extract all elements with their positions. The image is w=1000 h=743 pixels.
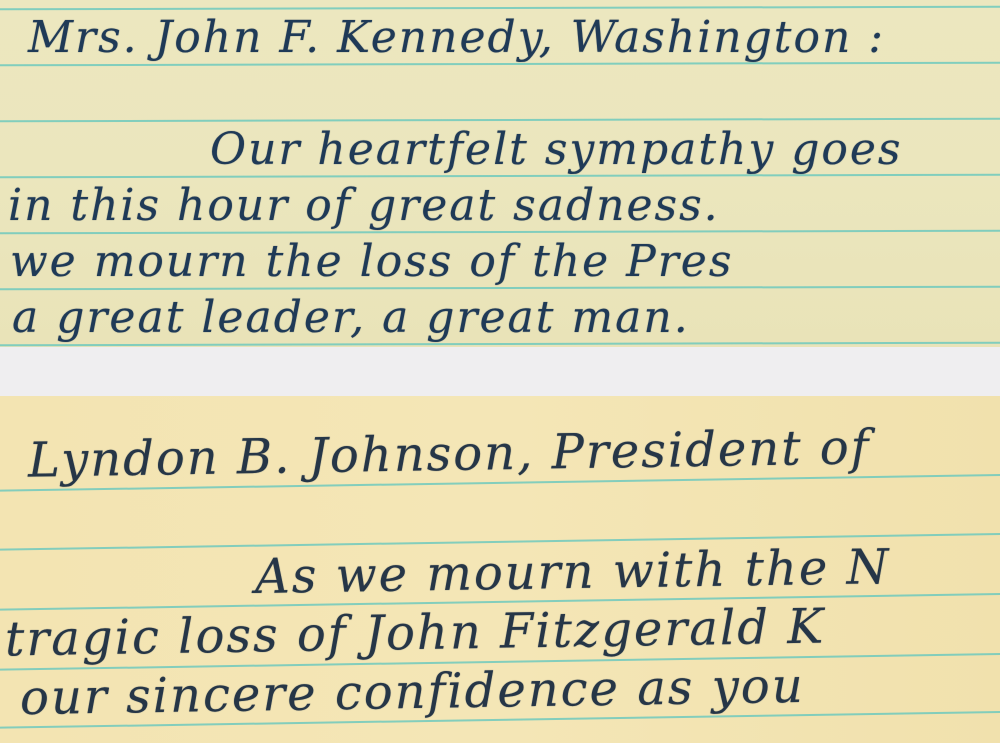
letter-line: a great leader, a great man. — [12, 292, 690, 343]
letter-salutation: Mrs. John F. Kennedy, Washington : — [28, 12, 885, 63]
ruled-line — [0, 6, 1000, 11]
letter-line: As we mourn with the N — [255, 539, 891, 605]
letter-line: in this hour of great sadness. — [8, 180, 720, 231]
letter-line: Our heartfelt sympathy goes — [210, 124, 903, 175]
letter-top-panel: Mrs. John F. Kennedy, Washington : Our h… — [0, 0, 1000, 347]
panel-divider — [0, 347, 1000, 396]
ruled-line — [0, 118, 1000, 123]
letter-line: we mourn the loss of the Pres — [10, 236, 733, 287]
letter-bottom-panel: Lyndon B. Johnson, President of As we mo… — [0, 396, 1000, 743]
